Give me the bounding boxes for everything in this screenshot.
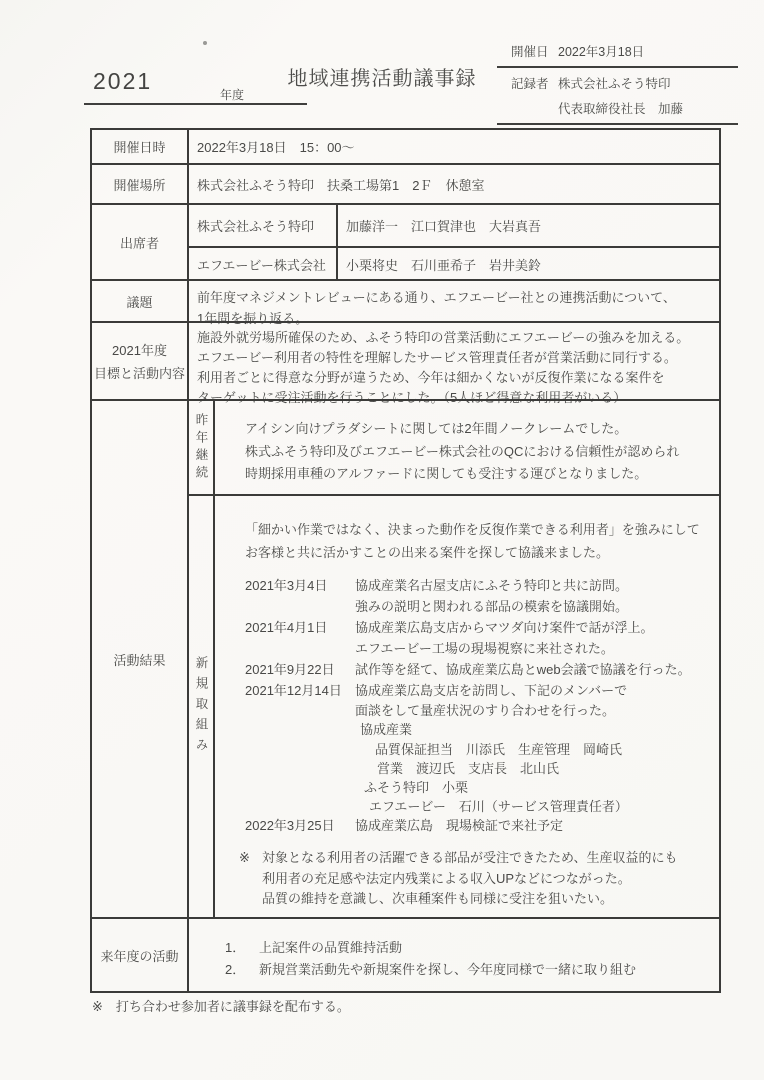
row-agenda: 議題 前年度マネジメントレビューにある通り、エフエービー社との連携活動について、…: [92, 279, 719, 321]
note-text: 対象となる利用者の活躍できる部品が受注できたため、生産収益的にも: [262, 850, 677, 865]
new-entry: 2021年12月14日協成産業広島支店を訪問し、下記のメンバーで: [245, 683, 627, 699]
attendees-org: 株式会社ふそう特印: [189, 205, 338, 246]
next-year-content: 1．上記案件の品質維持活動 2．新規営業活動先や新規案件を探し、今年度同様で一緒…: [189, 919, 719, 991]
row-results-label: 活動結果: [92, 401, 189, 917]
row-place-label: 開催場所: [92, 165, 189, 203]
header-recorder-row: 記録者株式会社ふそう特印 代表取締役社長 加藤: [497, 68, 738, 125]
attendees-org: エフエービー株式会社: [189, 248, 338, 281]
attendees-row-fuso: 株式会社ふそう特印 加藤洋一 江口賀津也 大岩真吾: [189, 205, 719, 246]
new-entry: 2021年4月1日協成産業広島支店からマツダ向け案件で話が浮上。: [245, 620, 653, 636]
row-next-year: 来年度の活動 1．上記案件の品質維持活動 2．新規営業活動先や新規案件を探し、今…: [92, 917, 719, 991]
entry-text: 協成産業広島支店からマツダ向け案件で話が浮上。: [355, 620, 653, 635]
fiscal-year-underline: [84, 103, 307, 105]
entry-text: 協成産業名古屋支店にふそう特印と共に訪問。: [355, 578, 628, 593]
row-attendees: 出席者 株式会社ふそう特印 加藤洋一 江口賀津也 大岩真吾 エフエービー株式会社…: [92, 203, 719, 279]
item-number: 2．: [225, 962, 259, 978]
goals-line: エフエービー利用者の特性を理解したサービス管理責任者が営業活動に同行する。: [197, 348, 719, 368]
new-entry: 2021年3月4日協成産業名古屋支店にふそう特印と共に訪問。: [245, 578, 628, 594]
lastyear-line: 時期採用車種のアルファードに関しても受注する運びとなりました。: [245, 466, 647, 482]
member-line: 品質保証担当 川添氏 生産管理 岡崎氏: [375, 742, 622, 758]
results-new-section: 新規取組み 「細かい作業ではなく、決まった動作を反復作業できる利用者」を強みにし…: [189, 494, 719, 919]
item-text: 上記案件の品質維持活動: [259, 940, 402, 955]
entry-text: 面談をして量産状況のすり合わせを行った。: [355, 703, 615, 719]
results-note-line: 利用者の充足感や法定内残業による収入UPなどにつながった。: [262, 871, 631, 887]
distribution-note: ※ 打ち合わせ参加者に議事録を配布する。: [92, 996, 350, 1015]
header-recorder-value: 株式会社ふそう特印: [558, 77, 671, 91]
header-date-label: 開催日: [511, 42, 558, 60]
entry-text: 試作等を経て、協成産業広島とweb会議で協議を行った。: [355, 662, 691, 677]
next-year-item: 1．上記案件の品質維持活動: [225, 940, 402, 956]
header-recorder-label: 記録者: [511, 74, 558, 92]
agenda-content: 前年度マネジメントレビューにある通り、エフエービー社との連携活動について、 1年…: [189, 281, 719, 321]
new-intro-line: お客様と共に活かすことの出来る案件を探して協議来ました。: [245, 545, 609, 561]
results-new-vlabel: 新規取組み: [189, 496, 215, 919]
header-date-value: 2022年3月18日: [558, 45, 644, 59]
results-note-line: ※対象となる利用者の活躍できる部品が受注できたため、生産収益的にも: [239, 850, 677, 866]
entry-date: 2021年12月14日: [245, 683, 355, 699]
entry-date: 2021年3月4日: [245, 578, 355, 594]
row-goals-label: 2021年度 目標と活動内容: [92, 323, 189, 399]
member-line: ふそう特印 小栗: [364, 780, 468, 796]
note-marker: ※: [239, 850, 262, 866]
goals-line: 施設外就労場所確保のため、ふそう特印の営業活動にエフエービーの強みを加える。: [197, 328, 719, 348]
row-place-value: 株式会社ふそう特印 扶桑工場第1 2Ｆ 休憩室: [189, 165, 719, 203]
entry-text: エフエービー工場の現場視察に来社された。: [355, 641, 614, 657]
entry-text: 強みの説明と関われる部品の模索を協議開始。: [355, 599, 628, 615]
header-date-row: 開催日2022年3月18日: [497, 38, 738, 68]
results-lastyear-vlabel: 昨年継続: [189, 401, 215, 494]
entry-date: 2021年9月22日: [245, 662, 355, 678]
goals-line: 利用者ごとに得意な分野が違うため、今年は細かくないが反復作業になる案件を: [197, 368, 719, 388]
new-entry: 2022年3月25日協成産業広島 現場検証で来社予定: [245, 818, 563, 834]
results-lastyear-vlabel-text: 昨年継続: [192, 413, 210, 483]
results-lastyear-body: アイシン向けプラダシートに関しては2年間ノークレームでした。 株式ふそう特印及び…: [215, 401, 719, 494]
entry-date: 2021年4月1日: [245, 620, 355, 636]
attendees-content: 株式会社ふそう特印 加藤洋一 江口賀津也 大岩真吾 エフエービー株式会社 小栗将…: [189, 205, 719, 279]
new-intro-line: 「細かい作業ではなく、決まった動作を反復作業できる利用者」を強みにして: [245, 522, 700, 538]
goals-label-line2: 目標と活動内容: [94, 363, 185, 382]
results-new-body: 「細かい作業ではなく、決まった動作を反復作業できる利用者」を強みにして お客様と…: [215, 496, 719, 919]
results-note-line: 品質の維持を意識し、次車種案件も同様に受注を狙いたい。: [262, 891, 613, 907]
attendees-names: 小栗将史 石川亜希子 岩井美鈴: [346, 248, 719, 281]
attendees-names: 加藤洋一 江口賀津也 大岩真吾: [346, 205, 719, 246]
row-goals: 2021年度 目標と活動内容 施設外就労場所確保のため、ふそう特印の営業活動にエ…: [92, 321, 719, 399]
row-datetime-value: 2022年3月18日 15：00～: [189, 130, 719, 163]
scanned-meeting-minutes-page: 2021 年度 地域連携活動議事録 開催日2022年3月18日 記録者株式会社ふ…: [0, 0, 764, 1080]
row-attendees-label: 出席者: [92, 205, 189, 279]
minutes-table: 開催日時 2022年3月18日 15：00～ 開催場所 株式会社ふそう特印 扶桑…: [90, 128, 721, 993]
results-lastyear-section: 昨年継続 アイシン向けプラダシートに関しては2年間ノークレームでした。 株式ふそ…: [189, 401, 719, 494]
next-year-item: 2．新規営業活動先や新規案件を探し、今年度同様で一緒に取り組む: [225, 962, 636, 978]
row-datetime: 開催日時 2022年3月18日 15：00～: [92, 130, 719, 163]
entry-text: 協成産業広島支店を訪問し、下記のメンバーで: [355, 683, 627, 698]
row-datetime-label: 開催日時: [92, 130, 189, 163]
item-text: 新規営業活動先や新規案件を探し、今年度同様で一緒に取り組む: [259, 962, 636, 977]
goals-label-line1: 2021年度: [112, 340, 167, 359]
lastyear-line: アイシン向けプラダシートに関しては2年間ノークレームでした。: [245, 421, 627, 437]
row-place: 開催場所 株式会社ふそう特印 扶桑工場第1 2Ｆ 休憩室: [92, 163, 719, 203]
member-line: 協成産業: [360, 722, 412, 738]
row-next-year-label: 来年度の活動: [92, 919, 189, 991]
header-recorder-value2: 代表取締役社長 加藤: [511, 99, 738, 117]
lastyear-line: 株式ふそう特印及びエフエービー株式会社のQCにおける信頼性が認められ: [245, 444, 679, 460]
new-entry: 2021年9月22日試作等を経て、協成産業広島とweb会議で協議を行った。: [245, 662, 691, 678]
agenda-line: 前年度マネジメントレビューにある通り、エフエービー社との連携活動について、: [197, 287, 719, 308]
goals-content: 施設外就労場所確保のため、ふそう特印の営業活動にエフエービーの強みを加える。 エ…: [189, 323, 719, 399]
item-number: 1．: [225, 940, 259, 956]
results-new-vlabel-text: 新規取組み: [192, 656, 210, 759]
entry-text: 協成産業広島 現場検証で来社予定: [355, 818, 563, 833]
scan-artifact-dot: [203, 41, 207, 45]
row-results: 活動結果 昨年継続 アイシン向けプラダシートに関しては2年間ノークレームでした。…: [92, 399, 719, 917]
attendees-row-fab: エフエービー株式会社 小栗将史 石川亜希子 岩井美鈴: [189, 246, 719, 281]
header-meta-block: 開催日2022年3月18日 記録者株式会社ふそう特印 代表取締役社長 加藤: [497, 38, 738, 125]
row-agenda-label: 議題: [92, 281, 189, 321]
entry-date: 2022年3月25日: [245, 818, 355, 834]
member-line: 営業 渡辺氏 支店長 北山氏: [377, 761, 559, 777]
member-line: エフエービー 石川（サービス管理責任者）: [369, 799, 628, 815]
